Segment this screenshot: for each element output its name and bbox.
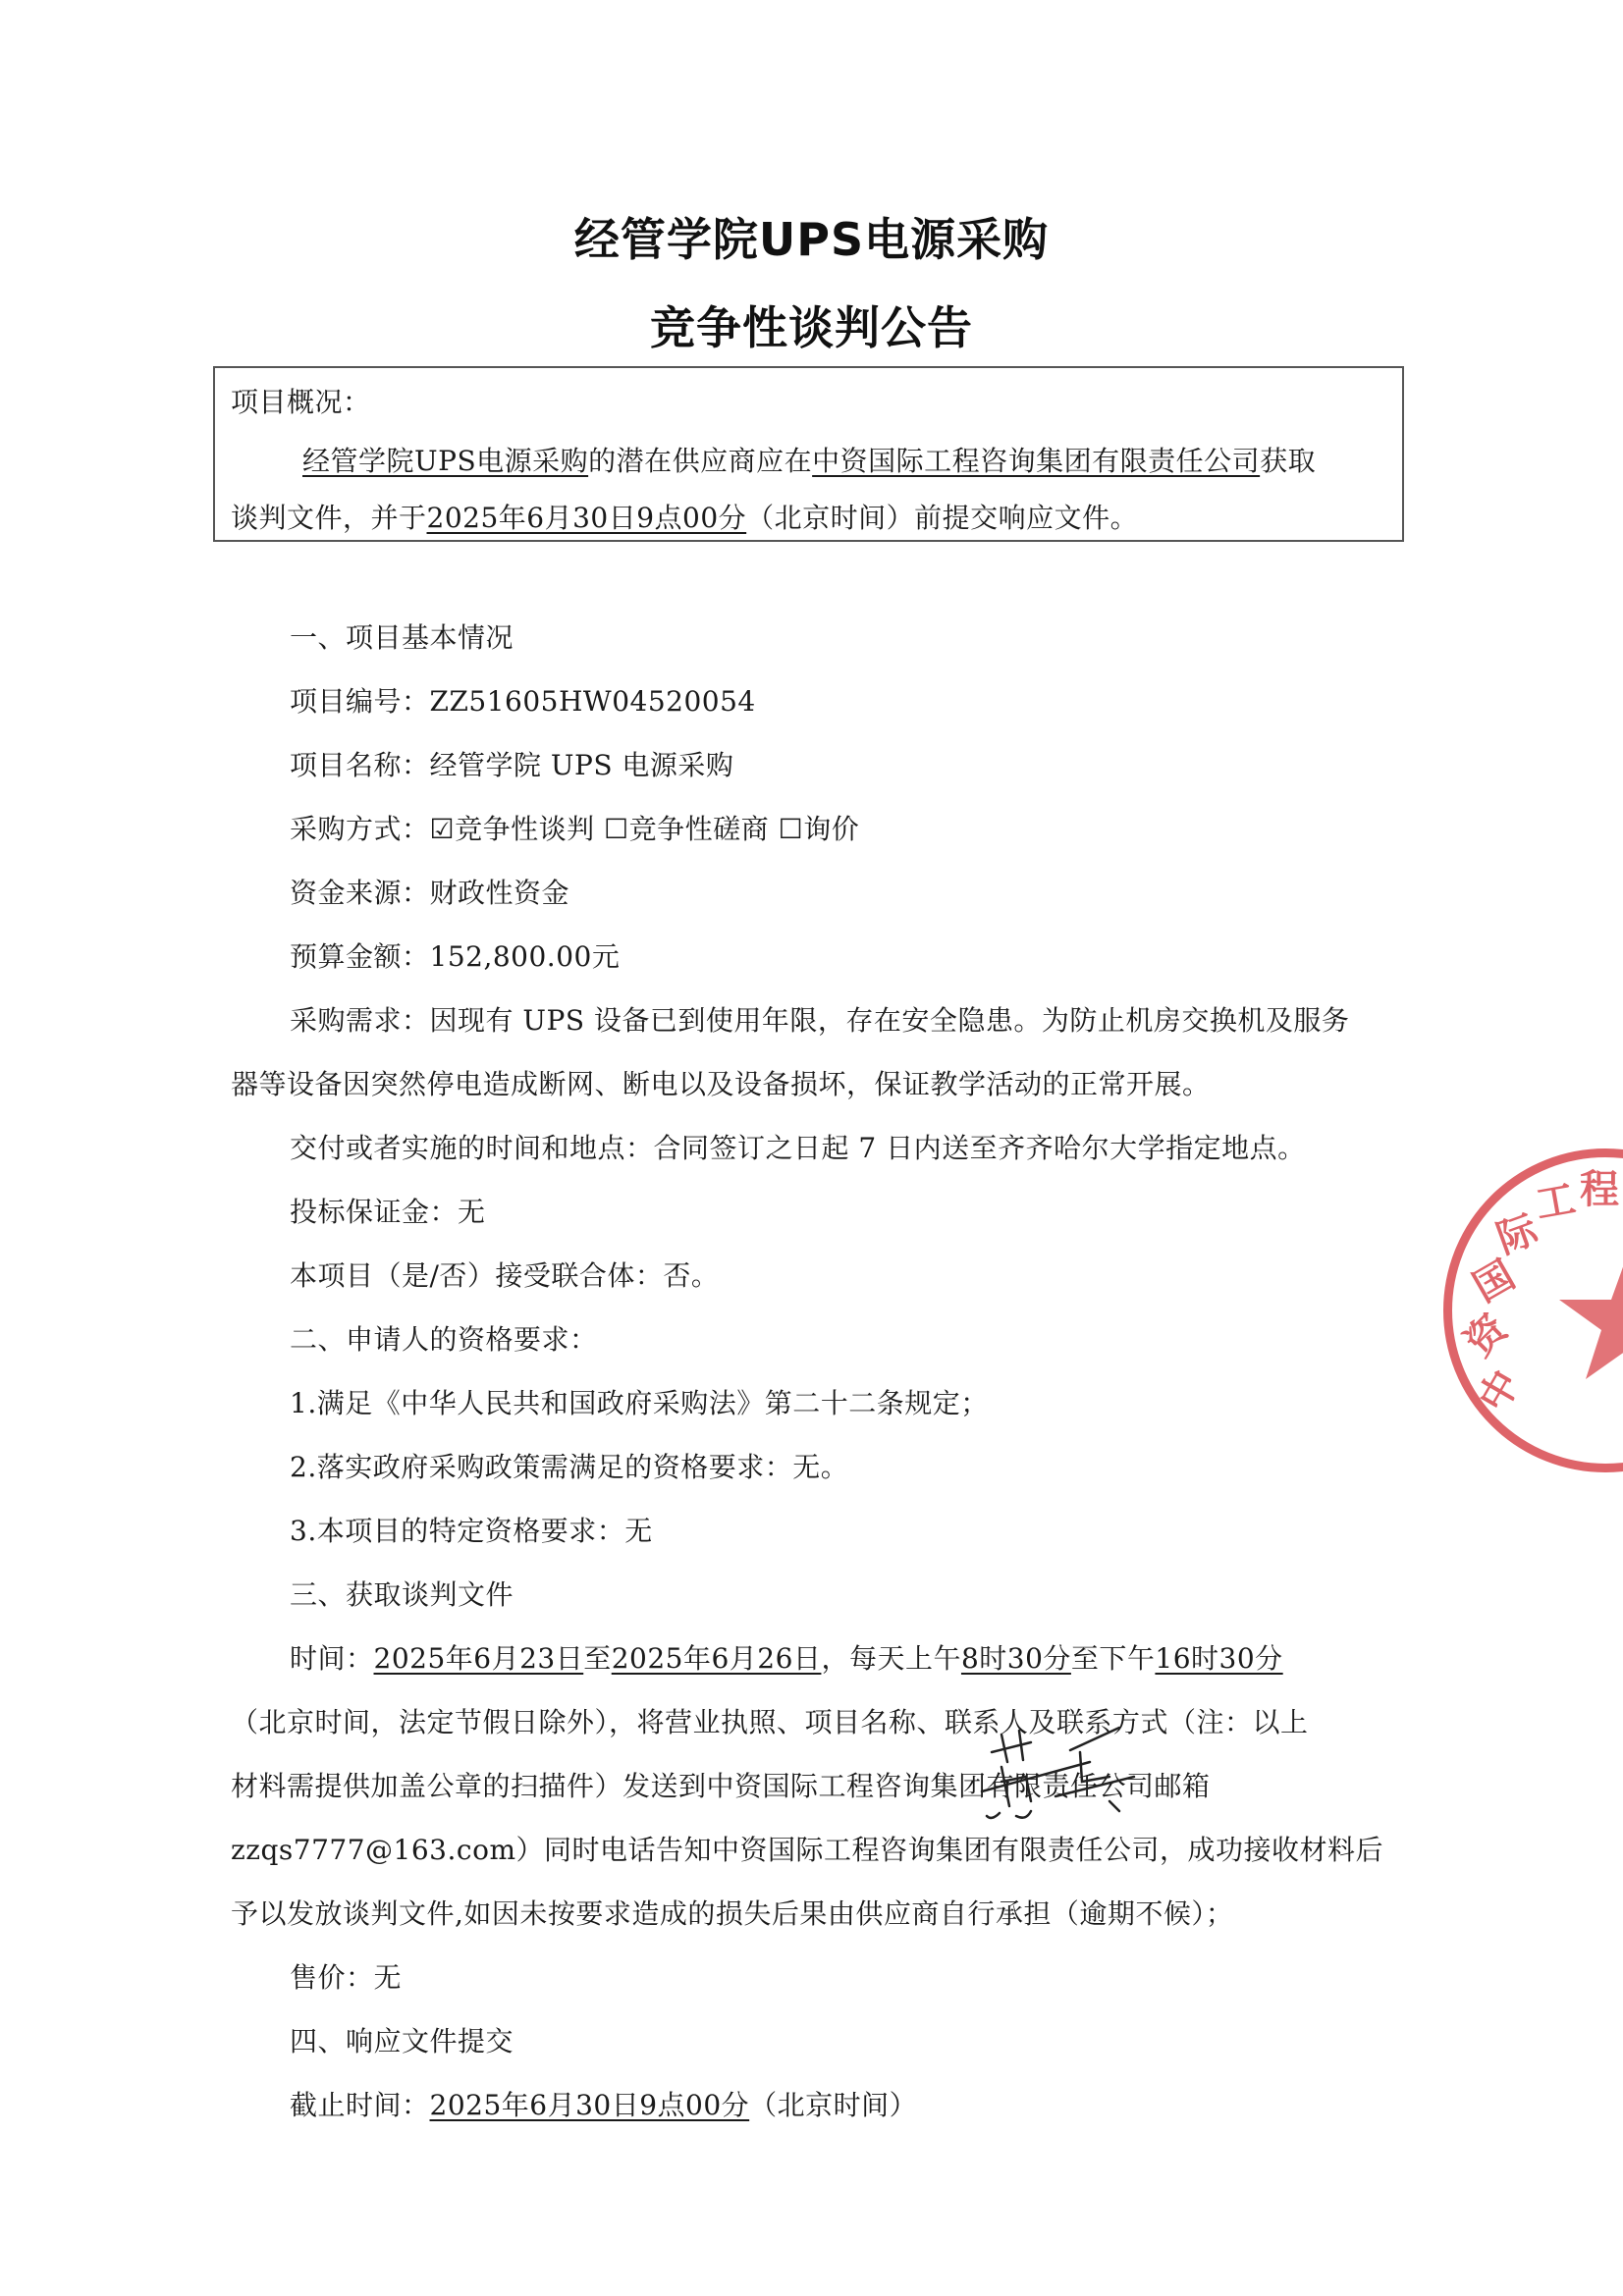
seal-star-icon: 中 资 国 际 工 程 咨 询 — [1452, 1157, 1623, 1481]
summary-paragraph-line1: 经管学院UPS电源采购的潜在供应商应在中资国际工程咨询集团有限责任公司获取 — [302, 444, 1316, 479]
company-seal-stamp: 中 资 国 际 工 程 咨 询 — [1443, 1148, 1623, 1472]
project-number-label: 项目编号： — [290, 685, 430, 718]
method-option-label: 竞争性谈判 — [455, 813, 595, 845]
delivery-row: 交付或者实施的时间和地点：合同签订之日起 7 日内送至齐齐哈尔大学指定地点。 — [290, 1131, 1306, 1166]
svg-text:程: 程 — [1580, 1167, 1619, 1212]
deadline-note: （北京时间） — [749, 2089, 917, 2121]
budget-label: 预算金额： — [290, 940, 430, 973]
svg-text:咨: 咨 — [1619, 1166, 1623, 1217]
demand-line1: 采购需求：因现有 UPS 设备已到使用年限，存在安全隐患。为防止机房交换机及服务 — [290, 1003, 1349, 1039]
svg-text:中: 中 — [1471, 1362, 1530, 1419]
method-option-label: 询价 — [803, 813, 859, 845]
acquisition-line2: （北京时间，法定节假日除外），将营业执照、项目名称、联系人及联系方式（注：以上 — [231, 1705, 1309, 1740]
summary-paragraph-line2: 谈判文件，并于2025年6月30日9点00分（北京时间）前提交响应文件。 — [231, 501, 1138, 536]
connector-text: ，每天上午 — [821, 1642, 961, 1675]
project-name-label: 项目名称： — [290, 749, 430, 781]
summary-label: 项目概况： — [231, 385, 371, 420]
deadline-value: 2025年6月30日9点00分 — [430, 2089, 750, 2121]
summary-text: 获取 — [1260, 445, 1316, 477]
handwritten-signature — [972, 1723, 1139, 1831]
submission-deadline-row: 截止时间：2025年6月30日9点00分（北京时间） — [290, 2088, 917, 2123]
start-date: 2025年6月23日 — [374, 1642, 584, 1675]
summary-text: （北京时间）前提交响应文件。 — [746, 502, 1138, 534]
checkbox-unchecked-icon: ☐ — [604, 812, 629, 847]
connector-text: 至 — [583, 1642, 612, 1675]
budget-value: 152,800.00元 — [430, 940, 621, 973]
acquisition-time-row: 时间：2025年6月23日至2025年6月26日，每天上午8时30分至下午16时… — [290, 1641, 1283, 1677]
procurement-method-label: 采购方式： — [290, 813, 430, 845]
summary-deadline: 2025年6月30日9点00分 — [427, 502, 747, 534]
procurement-method-row: 采购方式：☑竞争性谈判 ☐竞争性磋商 ☐询价 — [290, 812, 859, 847]
end-date: 2025年6月26日 — [612, 1642, 822, 1675]
am-time: 8时30分 — [961, 1642, 1071, 1675]
document-title-line2: 竞争性谈判公告 — [0, 293, 1623, 357]
fund-source-row: 资金来源：财政性资金 — [290, 876, 569, 911]
fund-source-value: 财政性资金 — [430, 877, 570, 909]
connector-text: 至下午 — [1071, 1642, 1156, 1675]
consortium-row: 本项目（是/否）接受联合体：否。 — [290, 1258, 719, 1294]
project-number-row: 项目编号：ZZ51605HW04520054 — [290, 684, 756, 720]
checkbox-checked-icon: ☑ — [430, 812, 456, 847]
svg-text:国: 国 — [1466, 1253, 1523, 1311]
checkbox-unchecked-icon: ☐ — [779, 812, 804, 847]
summary-text: 谈判文件，并于 — [231, 502, 427, 534]
acquisition-line4: zzqs7777@163.com）同时电话告知中资国际工程咨询集团有限责任公司，… — [231, 1833, 1383, 1868]
section4-heading: 四、响应文件提交 — [290, 2024, 514, 2059]
acquisition-line5: 予以发放谈判文件,如因未按要求造成的损失后果由供应商自行承担（逾期不候）； — [231, 1896, 1233, 1932]
method-option-label: 竞争性磋商 — [629, 813, 770, 845]
svg-text:资: 资 — [1457, 1306, 1518, 1366]
section3-heading: 三、获取谈判文件 — [290, 1577, 514, 1613]
time-label: 时间： — [290, 1642, 374, 1675]
summary-text: 的潜在供应商应在 — [588, 445, 812, 477]
project-number-value: ZZ51605HW04520054 — [430, 685, 756, 718]
budget-row: 预算金额：152,800.00元 — [290, 939, 620, 975]
deposit-row: 投标保证金：无 — [290, 1195, 486, 1230]
demand-line2: 器等设备因突然停电造成断网、断电以及设备损坏，保证教学活动的正常开展。 — [231, 1067, 1211, 1102]
price-row: 售价：无 — [290, 1960, 402, 1996]
qualification-item: 1.满足《中华人民共和国政府采购法》第二十二条规定； — [290, 1386, 989, 1421]
section1-heading: 一、项目基本情况 — [290, 620, 514, 656]
summary-agency: 中资国际工程咨询集团有限责任公司 — [812, 445, 1260, 477]
svg-text:工: 工 — [1533, 1177, 1579, 1228]
document-title-line1: 经管学院UPS电源采购 — [0, 204, 1623, 269]
summary-project-name: 经管学院UPS电源采购 — [302, 445, 588, 477]
section2-heading: 二、申请人的资格要求： — [290, 1322, 598, 1358]
deadline-label: 截止时间： — [290, 2089, 430, 2121]
qualification-item: 3.本项目的特定资格要求：无 — [290, 1514, 653, 1549]
project-name-value: 经管学院 UPS 电源采购 — [430, 749, 734, 781]
qualification-item: 2.落实政府采购政策需满足的资格要求：无。 — [290, 1450, 848, 1485]
project-name-row: 项目名称：经管学院 UPS 电源采购 — [290, 748, 733, 783]
fund-source-label: 资金来源： — [290, 877, 430, 909]
pm-time: 16时30分 — [1155, 1642, 1282, 1675]
